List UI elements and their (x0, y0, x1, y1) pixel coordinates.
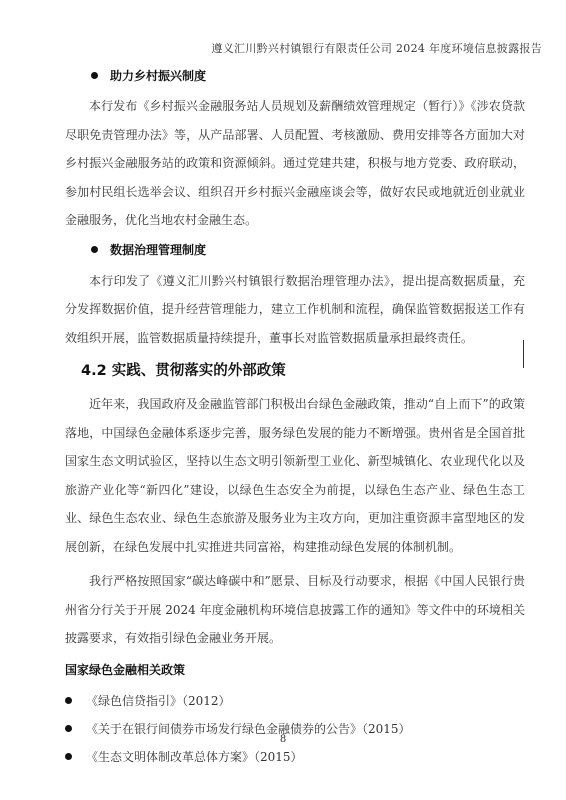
bullet-icon (65, 753, 72, 760)
sub-heading-national-policies: 国家绿色金融相关政策 (65, 661, 525, 681)
bullet-icon (65, 725, 72, 732)
heading-text: 助力乡村振兴制度 (110, 67, 206, 84)
paragraph-data-governance: 本行印发了《遵义汇川黔兴村镇银行数据治理管理办法》，提出提高数据质量，充分发挥数… (65, 267, 525, 353)
text-cursor (523, 340, 524, 368)
paragraph-rural-revitalization: 本行发布《乡村振兴金融服务站人员规划及薪酬绩效管理规定（暂行）》《涉农贷款尽职免… (65, 92, 525, 235)
document-header: 遵义汇川黔兴村镇银行有限责任公司 2024 年度环境信息披露报告 (211, 40, 542, 56)
bullet-heading-data-governance: 数据治理管理制度 (91, 239, 525, 261)
page-number: 8 (0, 734, 566, 745)
section-heading-4-2: 4.2 实践、贯彻落实的外部政策 (81, 358, 525, 384)
bullet-icon (91, 72, 98, 79)
policy-title: 《生态文明体制改革总体方案》（2015） (86, 748, 303, 765)
policy-title: 《绿色信贷指引》（2012） (86, 692, 231, 709)
bullet-icon (91, 246, 98, 253)
heading-text: 数据治理管理制度 (110, 241, 206, 258)
paragraph-carbon-goals: 我行严格按照国家“碳达峰碳中和”愿景、目标及行动要求，根据《中国人民银行贵州省分… (65, 567, 525, 653)
paragraph-green-finance-policy: 近年来，我国政府及金融监管部门积极出台绿色金融政策，推动“自上而下”的政策落地，… (65, 390, 525, 561)
bullet-heading-rural-revitalization: 助力乡村振兴制度 (91, 64, 525, 86)
page-body: 助力乡村振兴制度 本行发布《乡村振兴金融服务站人员规划及薪酬绩效管理规定（暂行）… (65, 64, 525, 771)
bullet-icon (65, 697, 72, 704)
list-item: 《生态文明体制改革总体方案》（2015） (65, 743, 525, 771)
list-item: 《绿色信贷指引》（2012） (65, 687, 525, 715)
